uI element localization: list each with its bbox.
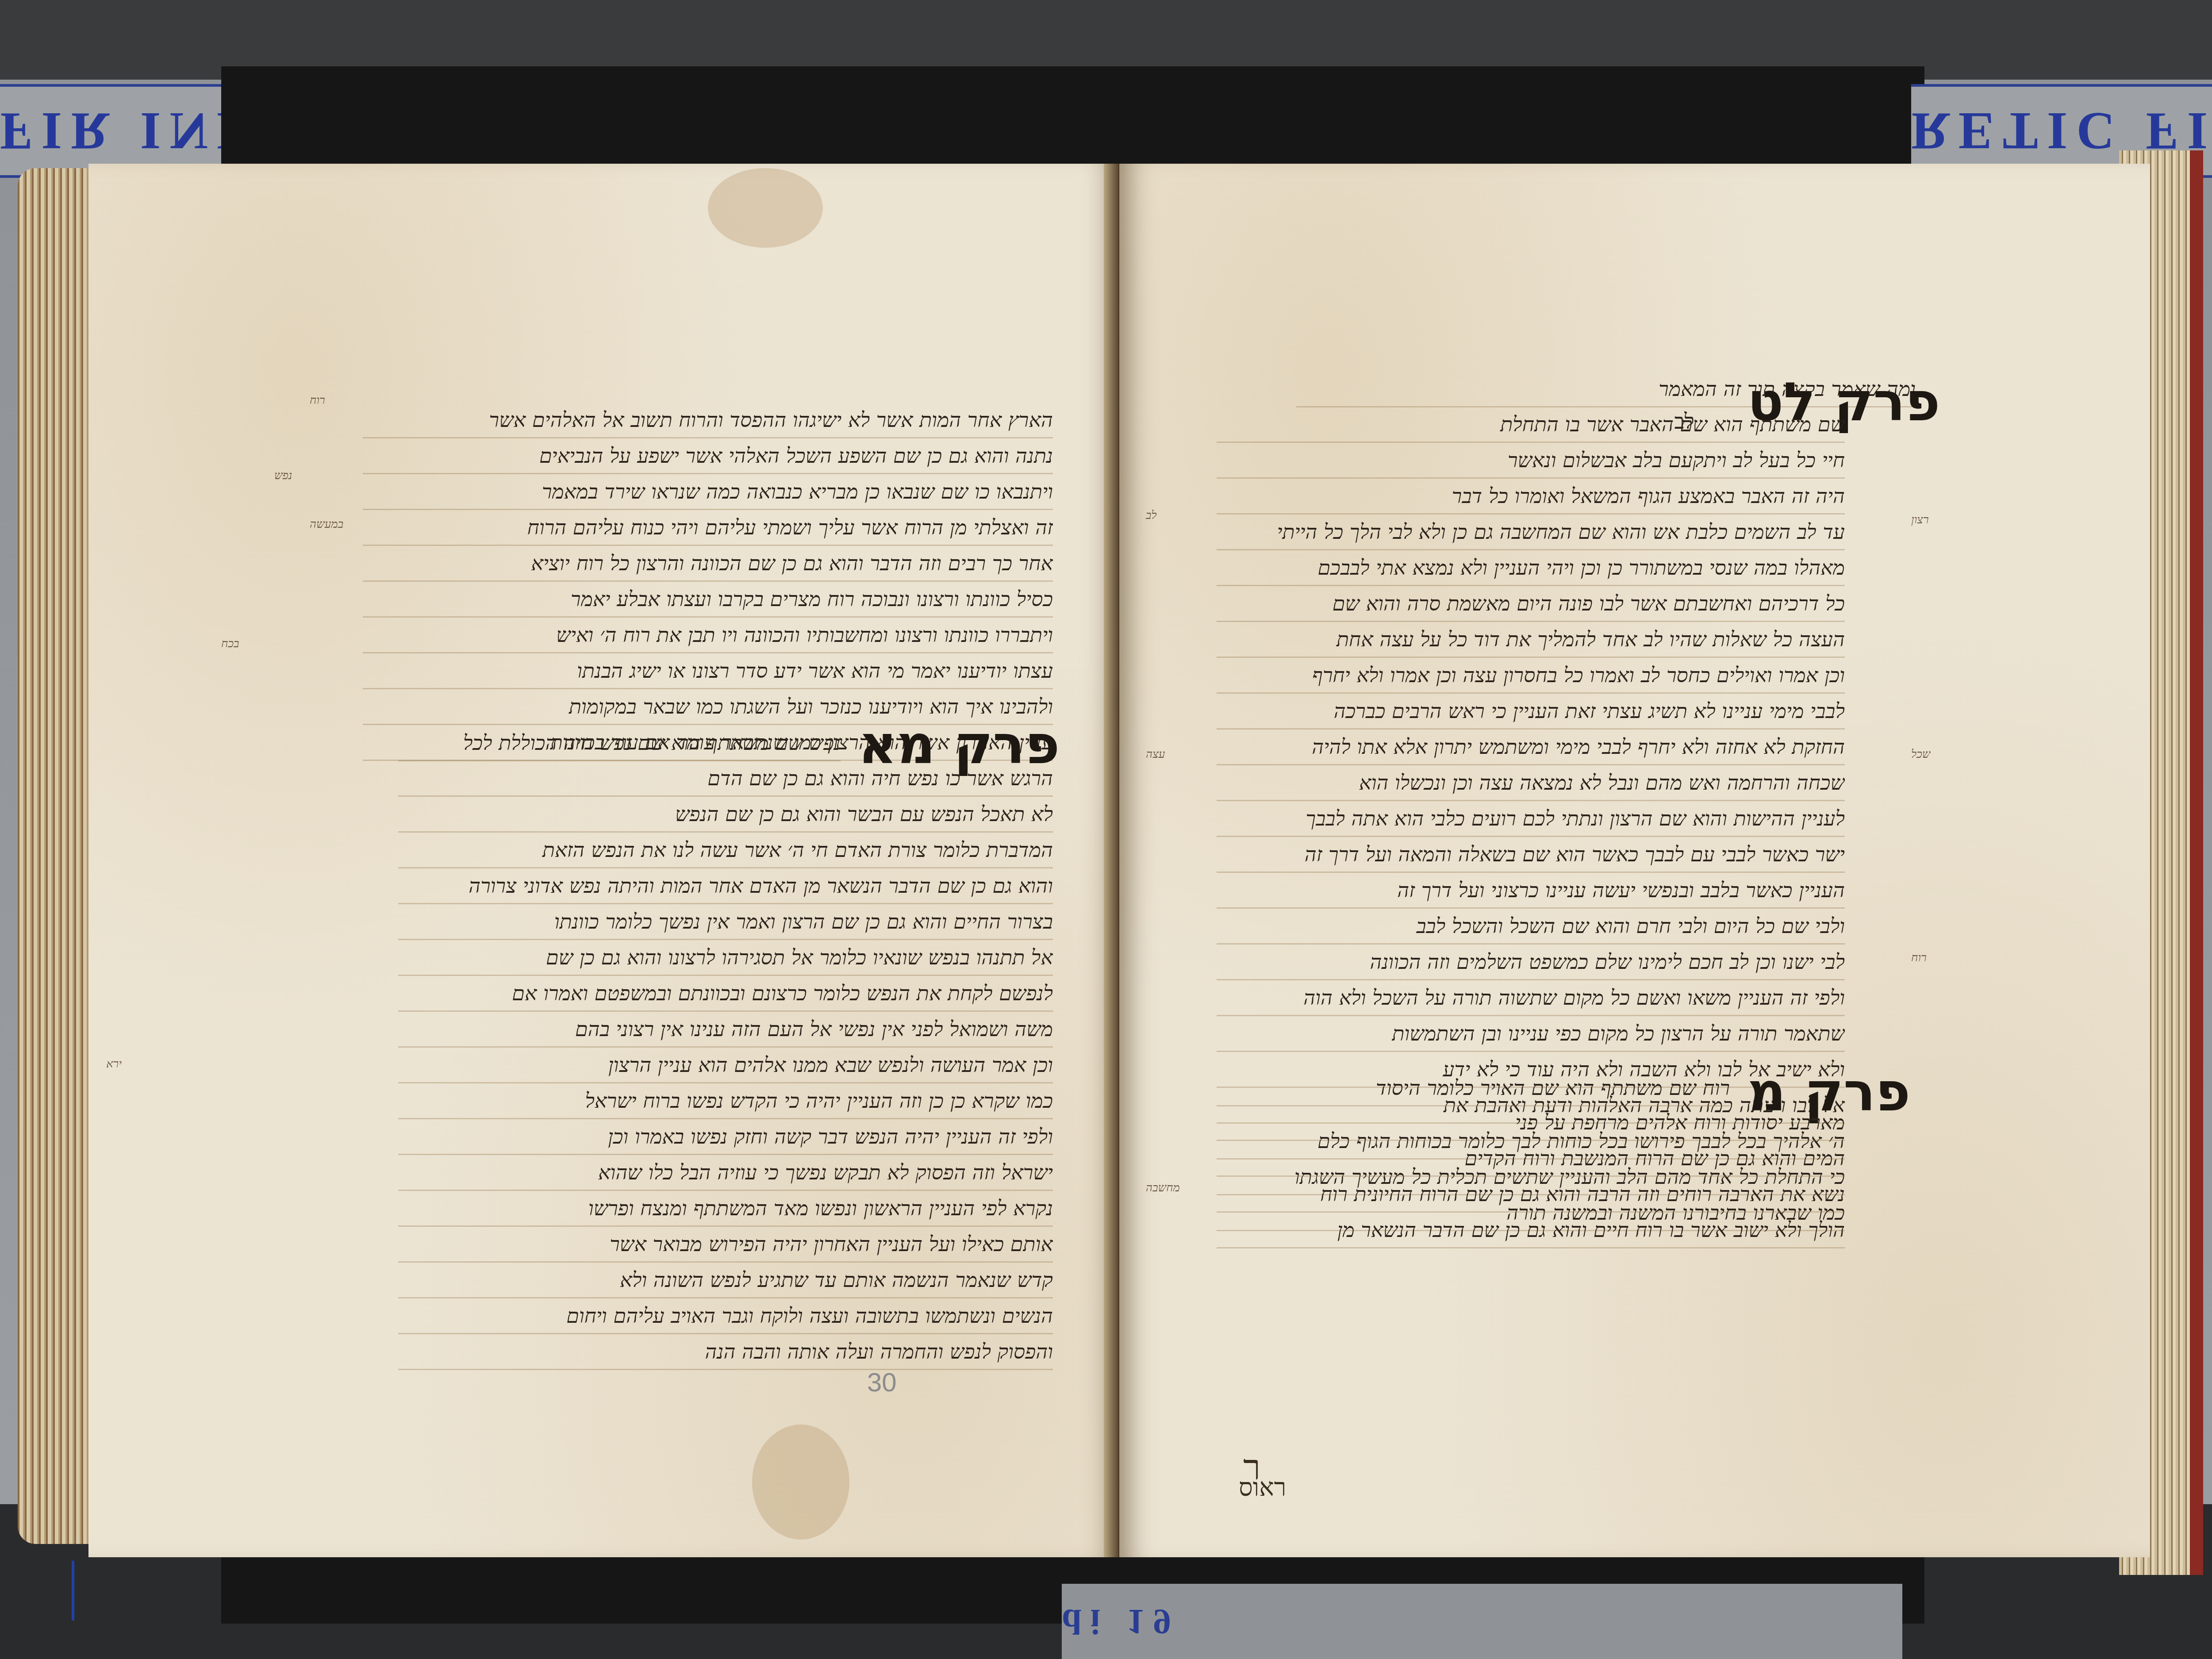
margin-note: בכח: [221, 637, 239, 650]
text-line: נפש שם משתתף הוא שם נפש חיה הכוללת לכל: [398, 726, 841, 761]
text-line: והוא גם כן שם הדבר הנשאר מן האדם אחר המו…: [398, 868, 1053, 904]
text-line: לבבי מימי עניינו לא תשיג עצתי זאת העניין…: [1217, 694, 1845, 730]
blue-marker-line: [72, 1561, 74, 1621]
text-line: נשא את הארבה רוחים וזה הרבה והוא גם כן ש…: [1217, 1177, 1845, 1213]
stain: [752, 1425, 849, 1540]
text-line: לבי ישנו וכן לב חכם לימינו שלם כמשפט השל…: [1217, 945, 1845, 980]
left-page-text-bottom: הרגש אשר כו נפש חיה והוא גם כן שם הדםלא …: [398, 761, 1053, 1370]
text-line: לא תאכל הנפש עם הבשר והוא גם כן שם הנפש: [398, 797, 1053, 833]
margin-note: עצה: [1146, 748, 1165, 761]
text-line: וכן אמרו ואוילים כחסר לב ואמרו כל בחסרון…: [1217, 658, 1845, 694]
text-line: העצה כל שאלות שהיו לב אחד להמליך את דוד …: [1217, 622, 1845, 658]
text-line: מאהלו במה שנסי במשתורר כן וכן ויהי העניי…: [1217, 550, 1845, 586]
text-line: אל תתנהו בנפש שונאיו כלומר אל תסגירהו לר…: [398, 940, 1053, 976]
open-book: הארץ אחר המות אשר לא ישיגהו ההפסד והרוח …: [18, 150, 2203, 1566]
text-line: שם משתתף הוא שם האבר אשר בו התחלת: [1217, 407, 1845, 443]
text-line: חיי כל בעל לב ויתקעם בלב אבשלום ונאשר: [1217, 443, 1845, 479]
text-line: מארבע יסודות ורוח אלהים מרחפת על פני: [1217, 1105, 1845, 1141]
left-page-text-top: הארץ אחר המות אשר לא ישיגהו ההפסד והרוח …: [363, 403, 1053, 761]
text-line: ויתנבאו כו שם שנבאו כן מבריא כנבואה כמה …: [363, 474, 1053, 510]
text-line: כמו שקרא כן כן וזה העניין יהיה כי הקדש נ…: [398, 1083, 1053, 1119]
margin-note: שכל: [1911, 748, 1930, 761]
text-line: לנפשם לקחת את הנפש כלומר כרצונם ובכוונתם…: [398, 976, 1053, 1012]
text-line: היה זה האבר באמצע הגוף המשאל ואומרו כל ד…: [1217, 479, 1845, 515]
margin-note: ירא: [106, 1057, 122, 1071]
text-line: ולפי זה העניין משאו ואשם כל מקום שתשוה ת…: [1217, 980, 1845, 1016]
text-line: ולבי שם כל היום ולבי חרם והוא שם השכל וה…: [1217, 909, 1845, 945]
text-line: זה ואצלתי מן הרוח אשר עליך ושמתי עליהם ו…: [363, 510, 1053, 546]
margin-note: רוח: [1911, 951, 1927, 964]
heading-line: נפש שם משתתף הוא שם נפש חיה הכוללת לכל: [398, 726, 841, 761]
text-line: המדברת כלומר צורת האדם חי ה׳ אשר עשה לנו…: [398, 833, 1053, 868]
label-text: di 19: [1062, 1601, 1180, 1642]
text-line: ויתבררו כוונתו ורצונו ומחשבותיו והכוונה …: [363, 618, 1053, 653]
text-line: הרגש אשר כו נפש חיה והוא גם כן שם הדם: [398, 761, 1053, 797]
text-line: ולפי זה העניין יהיה הנפש דבר קשה וחזק נפ…: [398, 1119, 1053, 1155]
text-line: לעניין ההישות והוא שם הרצון ונתתי לכם רו…: [1217, 801, 1845, 837]
heading-line: רוח שם משתתף הוא שם האויר כלומר היסוד: [1217, 1071, 1730, 1106]
text-line: הנשים ונשתמשו בתשובה ועצה ולוקח וגבר האו…: [398, 1298, 1053, 1334]
text-line: עד לב השמים כלבת אש והוא שם המחשבה גם כן…: [1217, 515, 1845, 550]
text-line: כל דרכיהם ואחשבתם אשר לבו פונה היום מאשמ…: [1217, 586, 1845, 622]
text-line: קדש שנאמר הנשמה אותם עד שתגיע לנפש השונה…: [398, 1263, 1053, 1298]
text-line: נתנה והוא גם כן שם השפע השכל האלהי אשר י…: [363, 438, 1053, 474]
right-page: ומה שאמר בקצה תוך זה המאמר פרק לט לב שם …: [1119, 164, 2150, 1557]
text-line: ישר כאשר לבבי עם לבבך כאשר הוא שם בשאלה …: [1217, 837, 1845, 873]
text-line: משה ושמואל לפני אין נפשי אל העם הזה ענינ…: [398, 1012, 1053, 1048]
text-line: הולך ולא ישוב אשר בו רוח חיים והוא גם כן…: [1217, 1213, 1845, 1248]
text-line: עצתו יודיענו יאמר מי הוא אשר ידע סדר רצו…: [363, 653, 1053, 689]
stain: [708, 168, 823, 248]
text-line: וכן אמר העושה ולנפש שבא ממנו אלהים הוא ע…: [398, 1048, 1053, 1083]
text-line: המים והוא גם כן שם הרוח המנשבת ורוח הקדי…: [1217, 1141, 1845, 1177]
red-cover-edge: [2190, 150, 2203, 1575]
text-line: ישראל וזה הפסוק לא תבקש נפשך כי עוזיה הב…: [398, 1155, 1053, 1191]
text-line: הארץ אחר המות אשר לא ישיגהו ההפסד והרוח …: [363, 403, 1053, 438]
text-line: רוח שם משתתף הוא שם האויר כלומר היסוד: [1217, 1071, 1730, 1106]
folio-number: 30: [867, 1367, 897, 1398]
left-page: הארץ אחר המות אשר לא ישיגהו ההפסד והרוח …: [88, 164, 1119, 1557]
margin-note: רצון: [1911, 513, 1929, 526]
text-line: כסיל כוונתו ורצונו ונבוכה רוח מצרים בקרב…: [363, 582, 1053, 618]
margin-note: במעשה: [310, 518, 343, 531]
catchword-signature: ראוס: [1239, 1473, 1286, 1502]
text-line: אחר כך רבים וזה הדבר והוא גם כן שם הכוונ…: [363, 546, 1053, 582]
text-line: נקרא לפי העניין הראשון ונפשו מאד המשתתף …: [398, 1191, 1053, 1227]
text-line: החזקת לא אחזה ולא יחרף לבבי מימי ומשתמש …: [1217, 730, 1845, 765]
margin-note: רוח: [310, 394, 325, 407]
text-line: והפסוק לנפש והחמרה ועלה אותה והבה הנה: [398, 1334, 1053, 1370]
right-page-text-after: מארבע יסודות ורוח אלהים מרחפת על פניהמים…: [1217, 1105, 1845, 1248]
margin-note: נפש: [274, 469, 292, 482]
text-line: שתאמר תורה על הרצון כל מקום כפי עניינו ו…: [1217, 1016, 1845, 1052]
margin-note: מחשבה: [1146, 1181, 1180, 1194]
margin-note: לב: [1146, 509, 1157, 522]
text-line: אותם כאילו ועל העניין האחרון יהיה הפירוש…: [398, 1227, 1053, 1263]
text-line: שכחה והרחמה ואש מהם ונבל לא נמצאה עצה וכ…: [1217, 765, 1845, 801]
label-strip-bottom: di 19: [1062, 1584, 1902, 1659]
text-line: בצרור החיים והוא גם כן שם הרצון ואמר אין…: [398, 904, 1053, 940]
text-line: העניין כאשר בלבב ובנפשי יעשה עניינו כרצו…: [1217, 873, 1845, 909]
